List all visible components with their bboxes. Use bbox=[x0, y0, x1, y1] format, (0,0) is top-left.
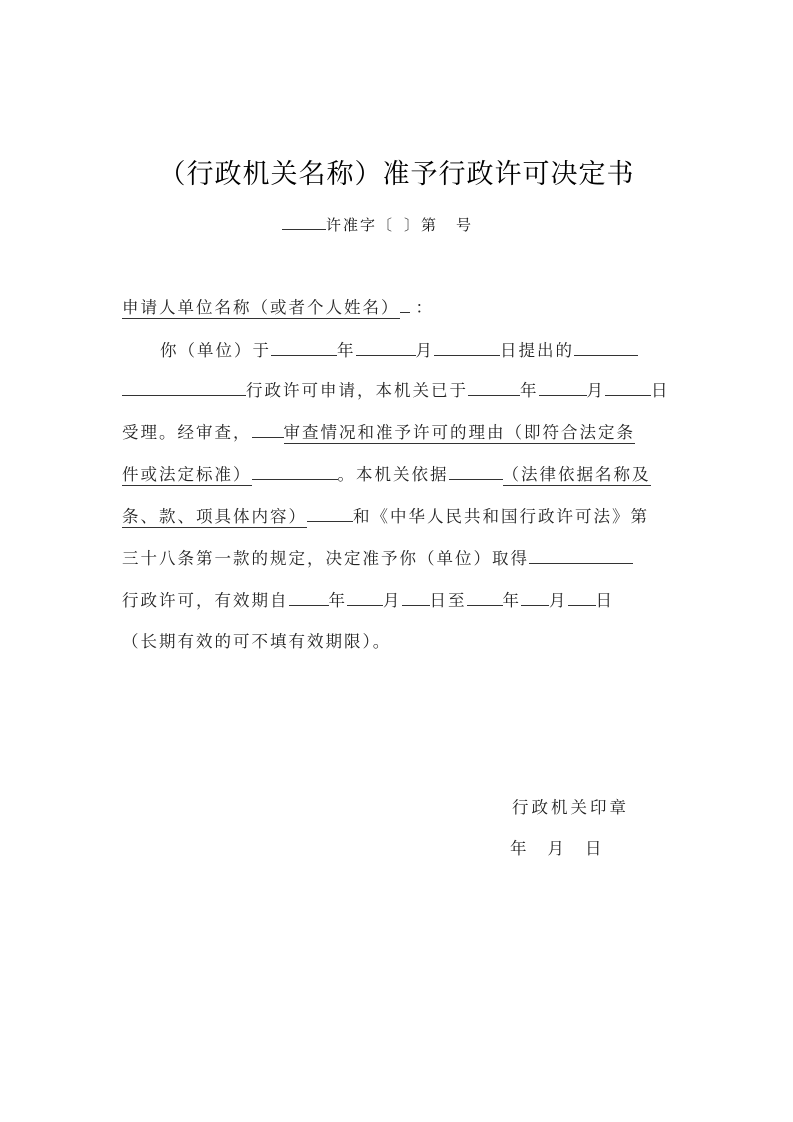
body-line-3: 受理。经审查，审查情况和准予许可的理由（即符合法定条 bbox=[122, 419, 674, 443]
blank-permit-type bbox=[574, 337, 638, 356]
text: 你（单位）于 bbox=[160, 341, 271, 360]
blank-agency-abbr bbox=[282, 211, 326, 230]
text: 行政许可，有效期自 bbox=[122, 591, 289, 610]
blank-year bbox=[289, 587, 329, 606]
legal-basis-hint-cont: 条、款、项具体内容） bbox=[122, 507, 307, 528]
date-day: 日 bbox=[585, 839, 605, 858]
text: 年 bbox=[329, 591, 348, 610]
doc-number-text: 号 bbox=[456, 216, 473, 234]
body-line-8: （长期有效的可不填有效期限）。 bbox=[122, 628, 674, 652]
blank-month bbox=[539, 377, 587, 396]
blank-day bbox=[605, 377, 651, 396]
blank bbox=[449, 461, 503, 480]
date-year: 年 bbox=[510, 839, 530, 858]
text: 行政许可申请，本机关已于 bbox=[246, 381, 468, 400]
blank-day bbox=[568, 587, 596, 606]
blank-permit-name bbox=[529, 545, 633, 564]
blank bbox=[252, 461, 338, 480]
text: 受理。经审查， bbox=[122, 423, 252, 442]
seal-label: 行政机关印章 bbox=[512, 794, 629, 818]
blank-month bbox=[347, 587, 383, 606]
blank-day bbox=[402, 587, 430, 606]
text: 月 bbox=[587, 381, 606, 400]
legal-basis-hint: （法律依据名称及 bbox=[503, 465, 651, 486]
blank-year bbox=[271, 337, 337, 356]
document-page: （行政机关名称）准予行政许可决定书 许准字〔〕第号 申请人单位名称（或者个人姓名… bbox=[0, 0, 793, 1122]
date-month: 月 bbox=[548, 839, 568, 858]
document-number: 许准字〔〕第号 bbox=[282, 211, 473, 235]
review-reason-hint: 审查情况和准予许可的理由（即符合法定条 bbox=[284, 423, 636, 444]
doc-number-text: 许准字〔 bbox=[326, 216, 394, 234]
text: 年 bbox=[503, 591, 522, 610]
blank-month bbox=[356, 337, 416, 356]
text: 月 bbox=[416, 341, 435, 360]
body-line-1: 你（单位）于年月日提出的 bbox=[160, 337, 674, 361]
body-line-4: 件或法定标准）。本机关依据（法律依据名称及 bbox=[122, 461, 674, 485]
body-line-5: 条、款、项具体内容）和《中华人民共和国行政许可法》第 bbox=[122, 503, 674, 527]
addressee-line: 申请人单位名称（或者个人姓名）： bbox=[122, 294, 674, 318]
text: 月 bbox=[383, 591, 402, 610]
blank bbox=[307, 503, 353, 522]
text: 月 bbox=[549, 591, 568, 610]
text: 。本机关依据 bbox=[338, 465, 449, 484]
blank-year bbox=[467, 587, 503, 606]
doc-number-text: 〕第 bbox=[404, 216, 438, 234]
addressee-name: 申请人单位名称（或者个人姓名） bbox=[122, 298, 400, 319]
text: 日提出的 bbox=[500, 341, 574, 360]
text: 三十八条第一款的规定，决定准予你（单位）取得 bbox=[122, 549, 529, 568]
signature-date: 年月日 bbox=[510, 835, 605, 859]
text: 和《中华人民共和国行政许可法》第 bbox=[353, 507, 649, 526]
text: 日 bbox=[651, 381, 670, 400]
text: （长期有效的可不填有效期限）。 bbox=[122, 632, 391, 651]
text: 年 bbox=[337, 341, 356, 360]
body-line-6: 三十八条第一款的规定，决定准予你（单位）取得 bbox=[122, 545, 674, 569]
blank-year bbox=[468, 377, 520, 396]
body-line-7: 行政许可，有效期自年月日至年月日 bbox=[122, 587, 674, 611]
document-title: （行政机关名称）准予行政许可决定书 bbox=[0, 152, 793, 191]
blank-permit-type-cont bbox=[122, 377, 246, 396]
text: 日 bbox=[596, 591, 615, 610]
text: 日至 bbox=[430, 591, 467, 610]
body-line-2: 行政许可申请，本机关已于年月日 bbox=[122, 377, 674, 401]
text: 年 bbox=[520, 381, 539, 400]
colon: ： bbox=[416, 298, 435, 317]
blank-month bbox=[521, 587, 549, 606]
review-reason-hint-cont: 件或法定标准） bbox=[122, 465, 252, 486]
blank-day bbox=[434, 337, 500, 356]
